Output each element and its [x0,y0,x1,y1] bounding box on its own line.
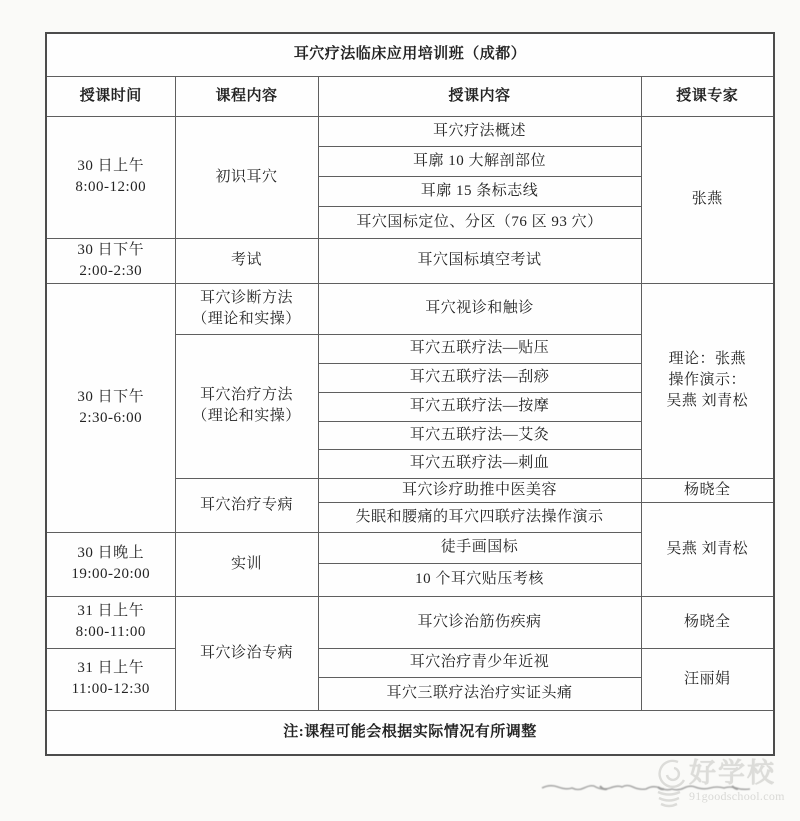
col-header-expert: 授课专家 [641,76,774,116]
cell-s3-diagnosis-course: 耳穴诊断方法 （理论和实操） [175,283,318,334]
cell-s2-course: 考试 [175,238,318,283]
cell-s3-treatment-item-5: 耳穴五联疗法—刺血 [318,449,641,478]
cell-s3-special-item-1: 耳穴诊疗助推中医美容 [318,478,641,502]
cell-s3-diagnosis-content: 耳穴视诊和触诊 [318,283,641,334]
cell-s1-item-1: 耳穴疗法概述 [318,116,641,146]
cell-s5-course: 耳穴诊治专病 [175,596,318,710]
cell-s3-treatment-item-3: 耳穴五联疗法—按摩 [318,392,641,421]
cell-s6-time: 31 日上午 11:00-12:30 [46,648,175,710]
table-title: 耳穴疗法临床应用培训班（成都） [46,33,774,76]
cell-s2-time: 30 日下午 2:00-2:30 [46,238,175,283]
course-schedule-table: 耳穴疗法临床应用培训班（成都） 授课时间 课程内容 授课内容 授课专家 30 日… [45,32,775,756]
cell-s4-item-2: 10 个耳穴贴压考核 [318,563,641,596]
cell-s6-expert: 汪丽娟 [641,648,774,710]
cell-s3-special-expert-1: 杨晓全 [641,478,774,502]
cell-s3-special-expert-2: 吴燕 刘青松 [641,502,774,596]
cell-s1-item-3: 耳廓 15 条标志线 [318,176,641,206]
cell-s4-course: 实训 [175,532,318,596]
cell-s1-course: 初识耳穴 [175,116,318,238]
cell-s5-expert: 杨晓全 [641,596,774,648]
cell-s1-time: 30 日上午 8:00-12:00 [46,116,175,238]
cell-s3-time: 30 日下午 2:30-6:00 [46,283,175,532]
cell-s1-item-2: 耳廓 10 大解剖部位 [318,146,641,176]
signature-scribble [540,779,770,795]
cell-s3-treatment-item-4: 耳穴五联疗法—艾灸 [318,421,641,449]
cell-s6-item-1: 耳穴治疗青少年近视 [318,648,641,677]
cell-s3-treatment-item-2: 耳穴五联疗法—刮痧 [318,363,641,392]
cell-s2-content: 耳穴国标填空考试 [318,238,641,283]
col-header-time: 授课时间 [46,76,175,116]
note: 注:课程可能会根据实际情况有所调整 [46,710,774,755]
cell-s6-item-2: 耳穴三联疗法治疗实证头痛 [318,677,641,710]
cell-s3-special-item-2: 失眠和腰痛的耳穴四联疗法操作演示 [318,502,641,532]
cell-s5-time: 31 日上午 8:00-11:00 [46,596,175,648]
cell-s3-special-course: 耳穴治疗专病 [175,478,318,532]
cell-s4-time: 30 日晚上 19:00-20:00 [46,532,175,596]
cell-s3-treatment-item-1: 耳穴五联疗法—贴压 [318,334,641,363]
cell-s4-item-1: 徒手画国标 [318,532,641,563]
cell-s3-treatment-course: 耳穴治疗方法 （理论和实操） [175,334,318,478]
cell-s1-expert: 张燕 [641,116,774,283]
col-header-course: 课程内容 [175,76,318,116]
cell-s5-content: 耳穴诊治筋伤疾病 [318,596,641,648]
col-header-content: 授课内容 [318,76,641,116]
cell-s3-expert: 理论：张燕 操作演示： 吴燕 刘青松 [641,283,774,478]
cell-s1-item-4: 耳穴国标定位、分区（76 区 93 穴） [318,206,641,238]
